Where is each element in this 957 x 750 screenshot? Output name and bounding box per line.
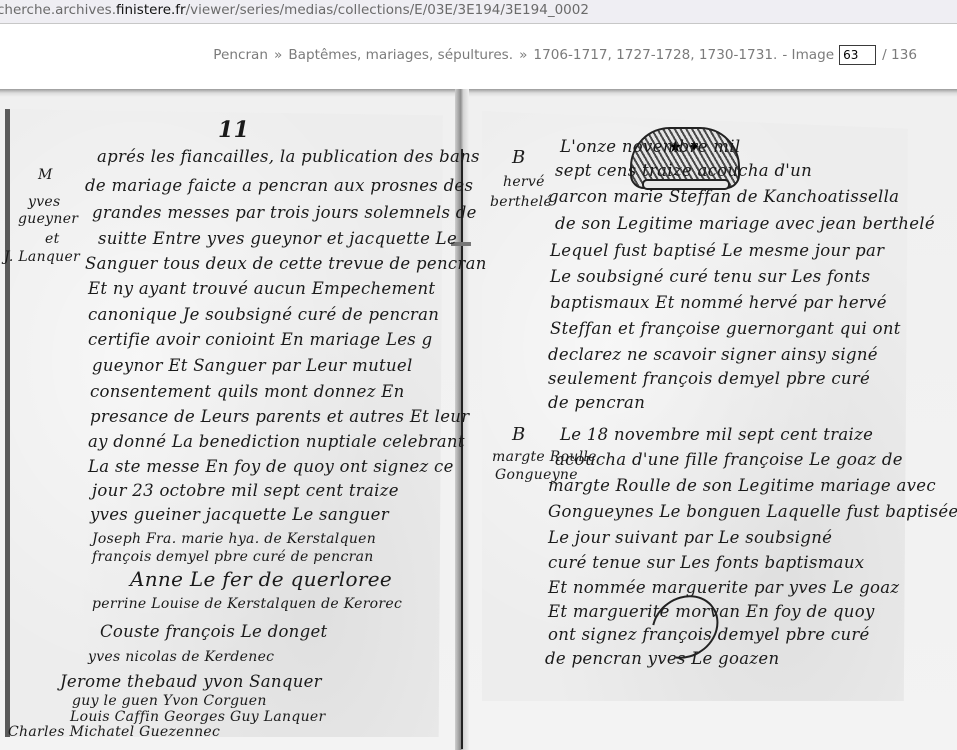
manuscript-line: de son Legitime mariage avec jean berthe… [555, 214, 935, 233]
manuscript-line: canonique Je soubsigné curé de pencran [88, 305, 439, 324]
margin-note: J. Lanquer [4, 249, 80, 265]
signature-line: yves nicolas de Kerdenec [88, 649, 274, 665]
manuscript-line: sept cens traize acoucha d'un [555, 161, 812, 180]
manuscript-line: consentement quils mont donnez En [90, 382, 405, 401]
manuscript-line: garcon marie Steffan de Kanchoatissella [548, 187, 899, 206]
manuscript-line: de mariage faicte a pencran aux prosnes … [85, 176, 473, 195]
manuscript-line: certifie avoir conioint En mariage Les g [88, 330, 432, 349]
manuscript-line: Le jour suivant par Le soubsigné [548, 528, 832, 547]
url-text[interactable]: cherche.archives.finistere.fr/viewer/ser… [0, 0, 589, 20]
margin-note: B [512, 147, 526, 168]
manuscript-line: Et ny ayant trouvé aucun Empechement [88, 279, 435, 298]
manuscript-line: ay donné La benediction nuptiale celebra… [88, 432, 465, 451]
manuscript-line: La ste messe En foy de quoy ont signez c… [88, 457, 454, 476]
margin-note: M [38, 167, 53, 183]
image-total: / 136 [882, 47, 917, 63]
address-bar[interactable]: cherche.archives.finistere.fr/viewer/ser… [0, 0, 957, 24]
signature-line: Joseph Fra. marie hya. de Kerstalquen [92, 531, 376, 547]
breadcrumb-series[interactable]: Baptêmes, mariages, sépultures. [288, 47, 513, 63]
signature-line: Louis Caffin Georges Guy Lanquer [70, 709, 325, 725]
image-number-input[interactable] [839, 45, 876, 65]
manuscript-line: L'onze novembre mil [560, 137, 740, 156]
manuscript-line: Lequel fust baptisé Le mesme jour par [550, 241, 884, 260]
manuscript-line: jour 23 octobre mil sept cent traize [92, 481, 399, 500]
margin-note: B [512, 424, 526, 445]
page-number: 11 [218, 117, 249, 143]
manuscript-line: Le 18 novembre mil sept cent traize [560, 425, 873, 444]
signature-line: yves gueiner jacquette Le sanguer [90, 505, 389, 524]
signature-line: Couste françois Le donget [100, 622, 327, 641]
margin-note: yves [28, 194, 61, 210]
manuscript-line: seulement françois demyel pbre curé [548, 369, 870, 388]
manuscript-line: aprés les fiancailles, la publication de… [97, 147, 480, 166]
manuscript-line: Le soubsigné curé tenu sur Les fonts [550, 267, 870, 286]
breadcrumb-parish[interactable]: Pencran [213, 47, 268, 63]
url-prefix: cherche.archives. [0, 2, 116, 18]
manuscript-line: Et nommée marguerite par yves Le goaz [548, 578, 899, 597]
breadcrumb-separator: » [519, 47, 527, 63]
manuscript-line: presance de Leurs parents et autres Et l… [90, 407, 469, 426]
manuscript-line: suitte Entre yves gueynor et jacquette L… [98, 229, 457, 248]
manuscript-line: gueynor Et Sanguer par Leur mutuel [92, 356, 413, 375]
breadcrumb-years: 1706-1717, 1727-1728, 1730-1731. [533, 47, 777, 63]
margin-note: et [45, 231, 60, 247]
manuscript-line: Sanguer tous deux de cette trevue de pen… [85, 254, 487, 273]
margin-note: gueyner [18, 211, 78, 227]
image-label: - Image [782, 47, 834, 63]
breadcrumb: Pencran » Baptêmes, mariages, sépultures… [213, 45, 917, 65]
manuscript-line: de pencran [548, 393, 645, 412]
signature-line: Charles Michatel Guezennec [8, 724, 220, 740]
manuscript-line: Steffan et françoise guernorgant qui ont [550, 319, 901, 338]
signature-line: françois demyel pbre curé de pencran [92, 549, 374, 565]
manuscript-line: grandes messes par trois jours solemnels… [92, 203, 477, 222]
manuscript-line: Gongueynes Le bonguen Laquelle fust bapt… [548, 502, 957, 521]
manuscript-line: declarez ne scavoir signer ainsy signé [548, 345, 878, 364]
viewer-header: Pencran » Baptêmes, mariages, sépultures… [0, 25, 957, 89]
signature-line: Anne Le fer de querloree [130, 567, 392, 591]
url-path: /viewer/series/medias/collections/E/03E/… [186, 2, 589, 18]
manuscript-line: acoucha d'une fille françoise Le goaz de [555, 450, 903, 469]
signature-line: guy le guen Yvon Corguen [72, 693, 267, 709]
signature-line: Jerome thebaud yvon Sanquer [60, 672, 322, 691]
url-host: finistere.fr [116, 2, 186, 18]
manuscript-line: margte Roulle de son Legitime mariage av… [548, 476, 936, 495]
document-viewer[interactable]: 11 M yves gueyner et J. Lanquer aprés le… [0, 89, 957, 750]
manuscript-line: baptismaux Et nommé hervé par hervé [550, 293, 887, 312]
signature-line: perrine Louise de Kerstalquen de Kerorec [92, 596, 402, 612]
breadcrumb-separator: » [274, 47, 282, 63]
manuscript-line: curé tenue sur Les fonts baptismaux [548, 553, 864, 572]
margin-note: berthelé [490, 194, 552, 210]
margin-note: hervé [503, 174, 545, 190]
